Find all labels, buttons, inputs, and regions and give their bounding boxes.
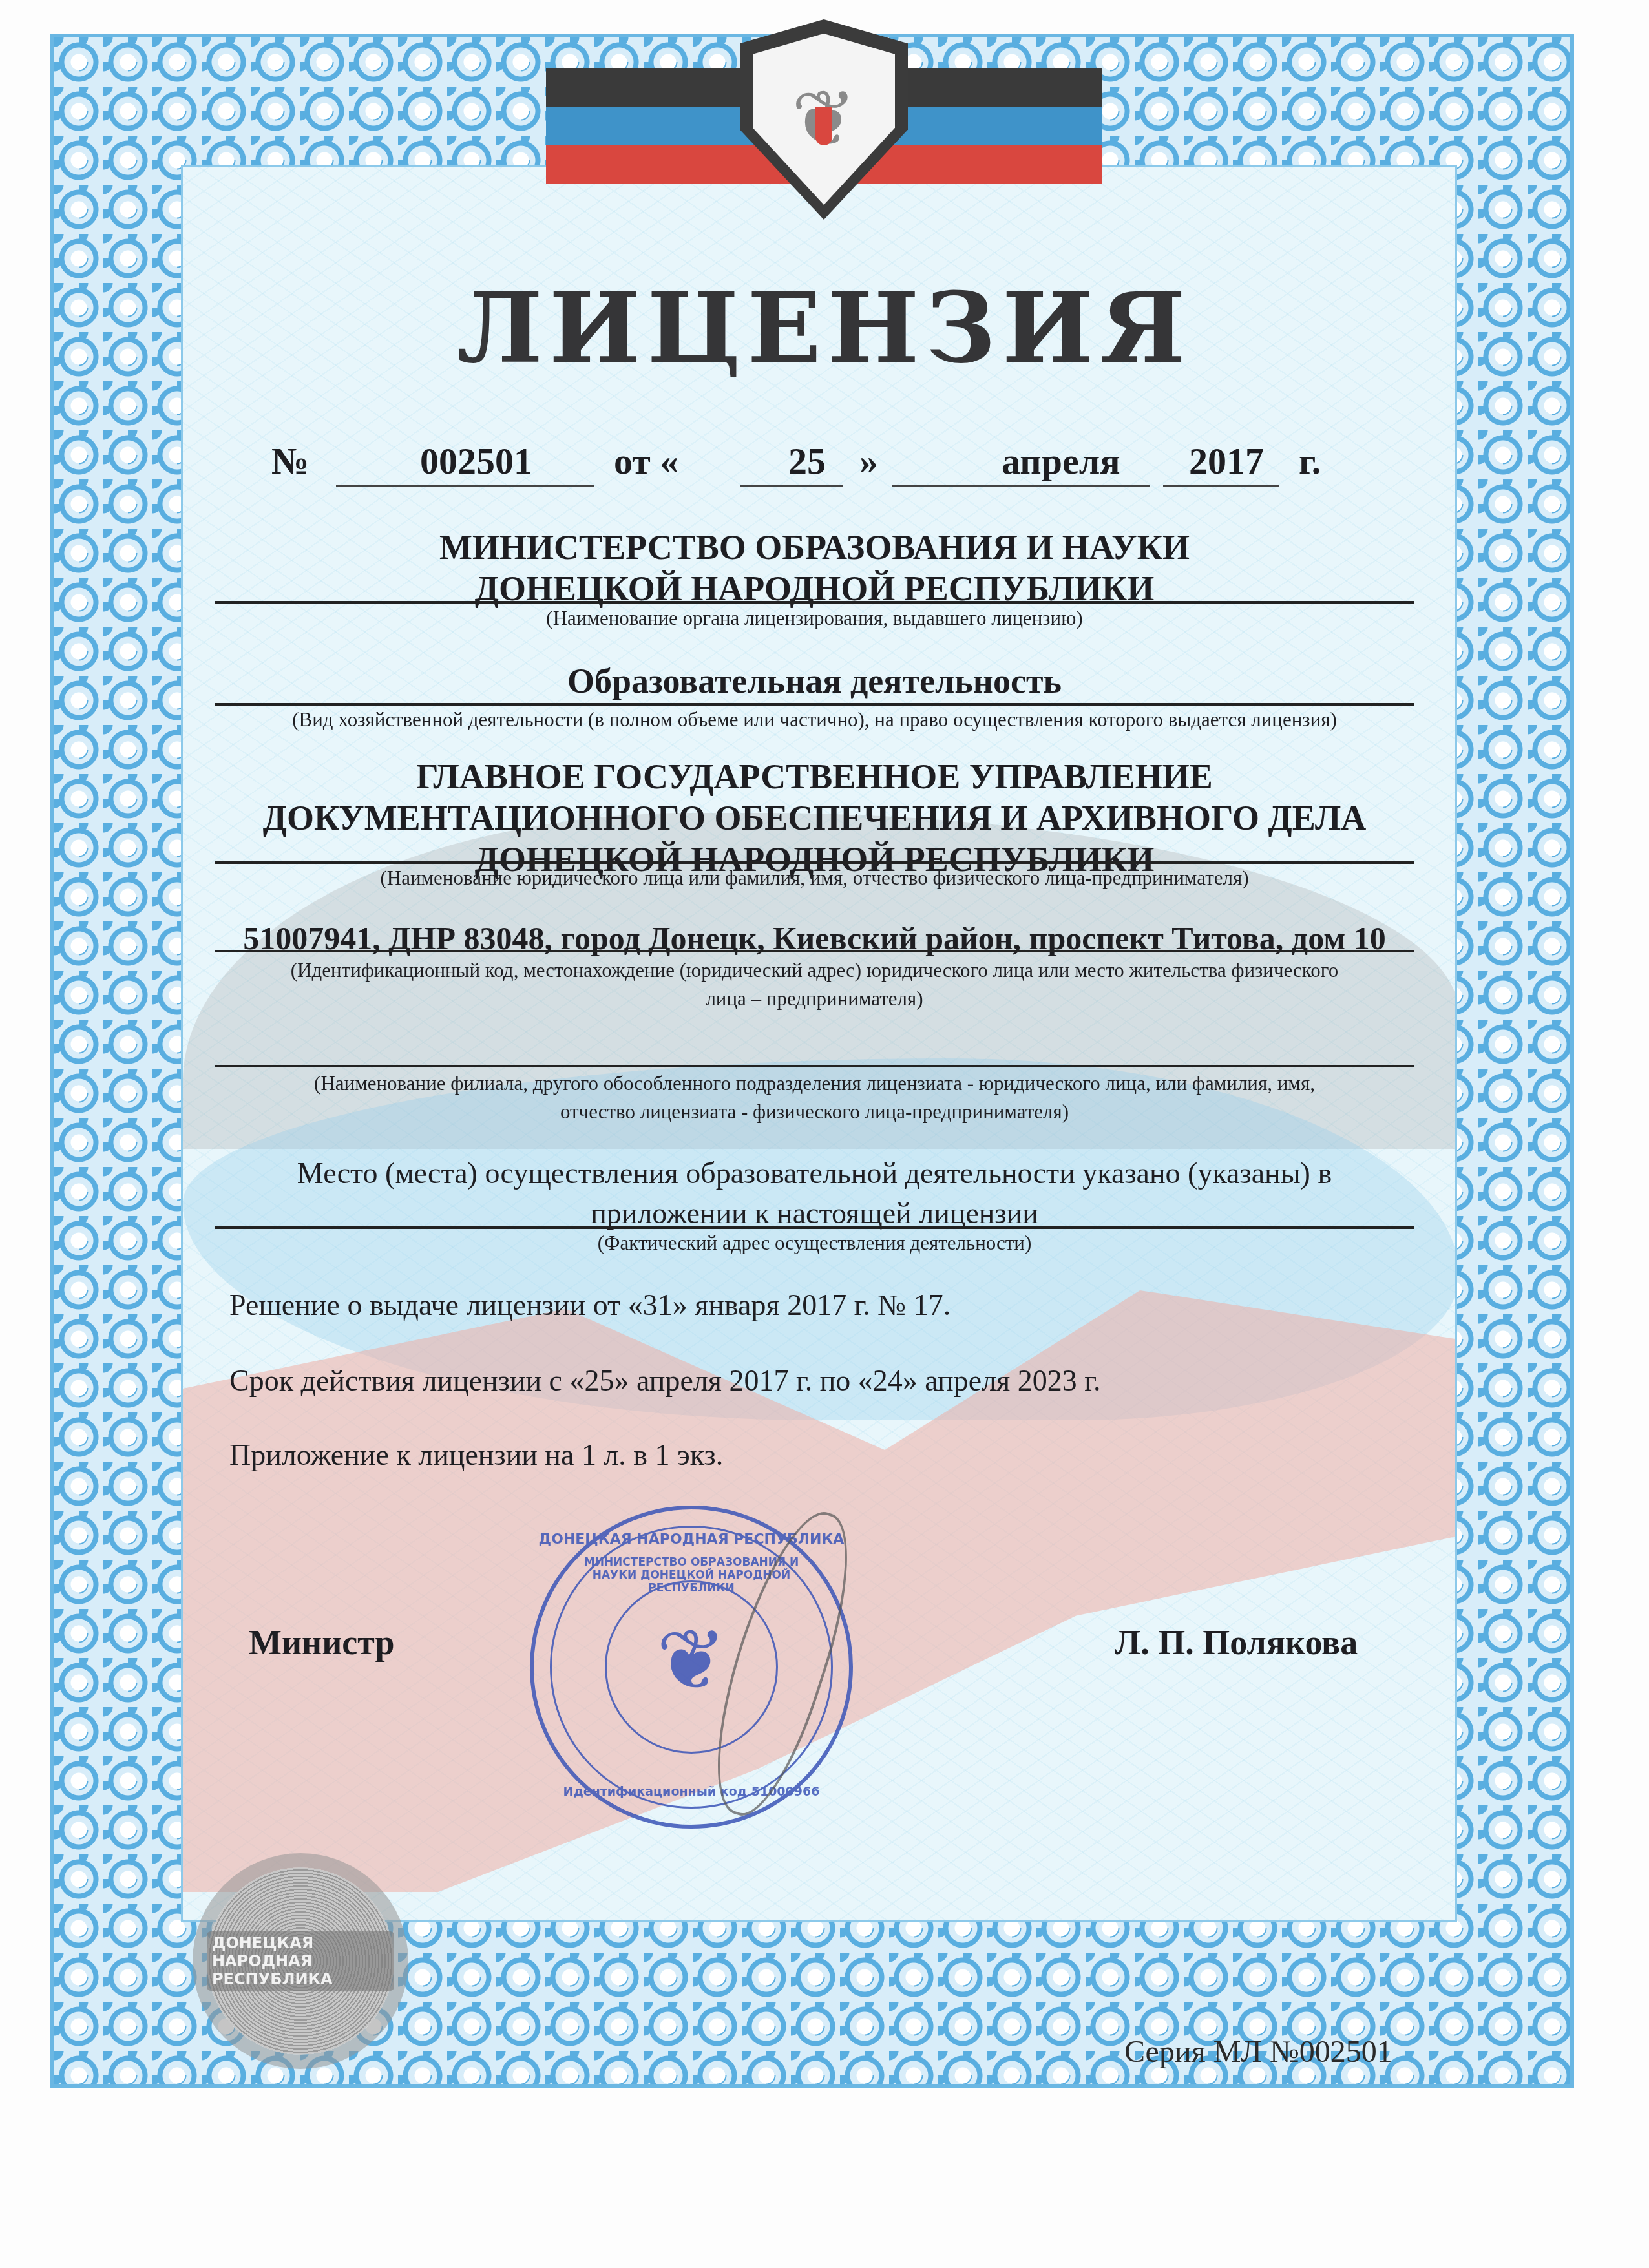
date-month: апреля: [1002, 439, 1120, 483]
date-from-label: от «: [614, 439, 678, 483]
date-day: 25: [788, 439, 826, 483]
issuer-name: МИНИСТЕРСТВО ОБРАЗОВАНИЯ И НАУКИ ДОНЕЦКО…: [215, 527, 1414, 609]
license-number: 002501: [420, 439, 532, 483]
date-year-suffix: г.: [1299, 439, 1321, 483]
branch-caption: (Наименование филиала, другого обособлен…: [215, 1069, 1414, 1126]
number-sign: №: [271, 439, 309, 483]
place-caption: (Фактический адрес осуществления деятель…: [215, 1229, 1414, 1257]
stamp-code-text: Идентификационный код 51000966: [534, 1785, 849, 1799]
eagle-chest-shield-icon: [815, 107, 832, 145]
signatory-position: Министр: [249, 1622, 395, 1663]
hologram-text: ДОНЕЦКАЯ НАРОДНАЯ РЕСПУБЛИКА: [207, 1931, 394, 1991]
hologram-seal: ДОНЕЦКАЯ НАРОДНАЯ РЕСПУБЛИКА: [207, 1867, 394, 2055]
activity-type: Образовательная деятельность: [215, 660, 1414, 702]
decision-text: Решение о выдаче лицензии от «31» января…: [229, 1288, 951, 1322]
license-number-line: № 002501 от « 25 » апреля 2017 г.: [271, 439, 1370, 491]
date-year: 2017: [1189, 439, 1264, 483]
date-close-quote: »: [859, 439, 878, 483]
activity-caption: (Вид хозяйственной деятельности (в полно…: [215, 706, 1414, 734]
validity-text: Срок действия лицензии с «25» апреля 201…: [229, 1363, 1100, 1398]
address-caption: (Идентификационный код, местонахождение …: [215, 956, 1414, 1013]
issuer-caption: (Наименование органа лицензирования, выд…: [215, 604, 1414, 633]
licensee-address: 51007941, ДНР 83048, город Донецк, Киевс…: [215, 918, 1414, 959]
activity-place: Место (места) осуществления образователь…: [215, 1153, 1414, 1234]
coat-of-arms-emblem: ❦: [527, 19, 1121, 233]
signatory-name: Л. П. Полякова: [1115, 1622, 1358, 1663]
document-title: ЛИЦЕНЗИЯ: [0, 271, 1649, 385]
appendix-text: Приложение к лицензии на 1 л. в 1 экз.: [229, 1438, 723, 1472]
licensee-caption: (Наименование юридического лица или фами…: [215, 864, 1414, 892]
series-number: Серия МЛ №002501: [1124, 2034, 1392, 2070]
